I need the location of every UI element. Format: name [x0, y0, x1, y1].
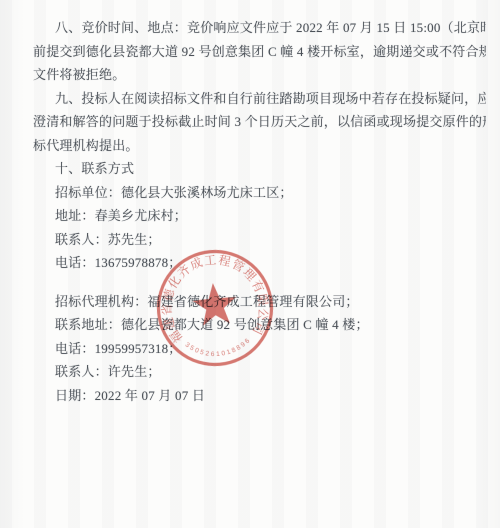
agency-name-line: 招标代理机构：福建省德化齐成工程管理有限公司；	[33, 290, 486, 314]
document-page: 八、竞价时间、地点：竞价响应文件应于 2022 年 07 月 15 日 15:0…	[0, 0, 500, 528]
section-9-line-2: 澄清和解答的问题于投标截止时间 3 个日历天之前，以信函或现场提交原件的形式向招	[33, 110, 486, 134]
section-8-line-2: 前提交到德化县瓷都大道 92 号创意集团 C 幢 4 楼开标室，逾期递交或不符合…	[33, 40, 486, 64]
section-9-line-1: 九、投标人在阅读招标文件和自行前往踏勘项目现场中若存在投标疑问，应将要求	[33, 87, 486, 111]
section-10-heading: 十、联系方式	[33, 157, 486, 181]
agency-contact-line: 联系人：许先生；	[33, 360, 486, 384]
section-8-line-3: 文件将被拒绝。	[33, 63, 486, 87]
date-line: 日期：2022 年 07 月 07 日	[33, 384, 486, 408]
document-body: 八、竞价时间、地点：竞价响应文件应于 2022 年 07 月 15 日 15:0…	[33, 16, 486, 407]
section-spacer	[33, 275, 486, 290]
tenderer-address-line: 地址：春美乡尤床村；	[33, 204, 486, 228]
agency-phone-line: 电话：19959957318；	[33, 337, 486, 361]
tenderer-phone-line: 电话：13675978878；	[33, 251, 486, 275]
tenderer-contact-line: 联系人：苏先生；	[33, 228, 486, 252]
tenderer-unit-line: 招标单位：德化县大张溪林场尤床工区；	[33, 181, 486, 205]
agency-address-line: 联系地址：德化县瓷都大道 92 号创意集团 C 幢 4 楼；	[33, 313, 486, 337]
section-8-line-1: 八、竞价时间、地点：竞价响应文件应于 2022 年 07 月 15 日 15:0…	[33, 16, 486, 40]
section-9-line-3: 标代理机构提出。	[33, 134, 486, 158]
